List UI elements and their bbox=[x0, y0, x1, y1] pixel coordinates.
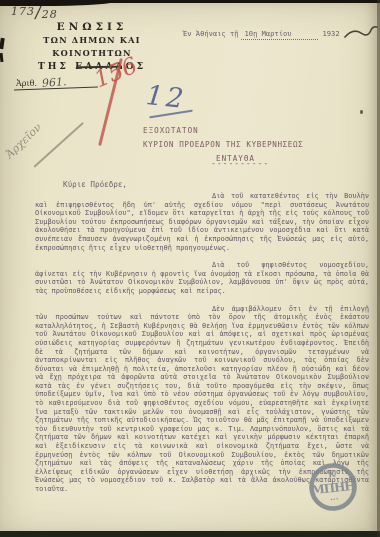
ink-speck bbox=[360, 110, 363, 114]
blue-ink-number: 12 bbox=[144, 80, 187, 115]
archive-stamp: Κ ΜΠΗΗ ··· bbox=[304, 458, 361, 515]
date-year: 1932 bbox=[323, 29, 340, 38]
date-line: Ἐν Ἀθήναις τῇ10ῃ Μαρτίου1932 bbox=[183, 29, 340, 38]
scanned-letter-page: 173/28 ΕΝΩΣΙΣ ΤΩΝ ΔΗΜΩΝ ΚΑΙ ΚΟΙΝΟΤΗΤΩΝ Τ… bbox=[0, 0, 380, 537]
salutation: Κύριε Πρόεδρε, bbox=[63, 180, 127, 189]
letterhead-line1: ΕΝΩΣΙΣ bbox=[8, 20, 176, 34]
recipient-line1: ΕΞΟΧΩΤΑΤΟΝ bbox=[143, 126, 199, 135]
stamp-dots: ··· bbox=[330, 494, 340, 505]
binding-mark bbox=[0, 53, 3, 62]
scan-edge-bottom bbox=[0, 531, 380, 537]
binding-mark bbox=[0, 38, 5, 49]
date-prefix: Ἐν Ἀθήναις τῇ bbox=[183, 29, 239, 38]
recipient-underline-dashes: ---------- bbox=[211, 159, 269, 168]
recipient-line2: ΚΥΡΙΟΝ ΠΡΟΕΔΡΟΝ ΤΗΣ ΚΥΒΕΡΝΗΣΕΩΣ bbox=[143, 140, 303, 149]
paragraph-1: Διὰ τοῦ κατατεθέντος εἰς τὴν Βουλὴν καὶ … bbox=[35, 192, 369, 252]
paragraph-2: Διὰ τοῦ ψηφισθέντος νομοσχεδίου, ἀφίνετα… bbox=[35, 261, 369, 295]
page-corner-curl bbox=[344, 24, 378, 44]
letterhead: ΕΝΩΣΙΣ ΤΩΝ ΔΗΜΩΝ ΚΑΙ ΚΟΙΝΟΤΗΤΩΝ ΤΗΣ ΕΛΛΑ… bbox=[8, 20, 176, 73]
protocol-label: Ἀριθ. bbox=[16, 79, 37, 88]
date-value: 10ῃ Μαρτίου bbox=[241, 29, 318, 40]
archive-number-left: 173 bbox=[11, 5, 35, 18]
letter-body: Διὰ τοῦ κατατεθέντος εἰς τὴν Βουλὴν καὶ … bbox=[35, 192, 369, 503]
pencil-note: Ἀρχεῖον bbox=[3, 121, 44, 161]
letterhead-line2: ΤΩΝ ΔΗΜΩΝ ΚΑΙ ΚΟΙΝΟΤΗΤΩΝ bbox=[8, 34, 176, 60]
